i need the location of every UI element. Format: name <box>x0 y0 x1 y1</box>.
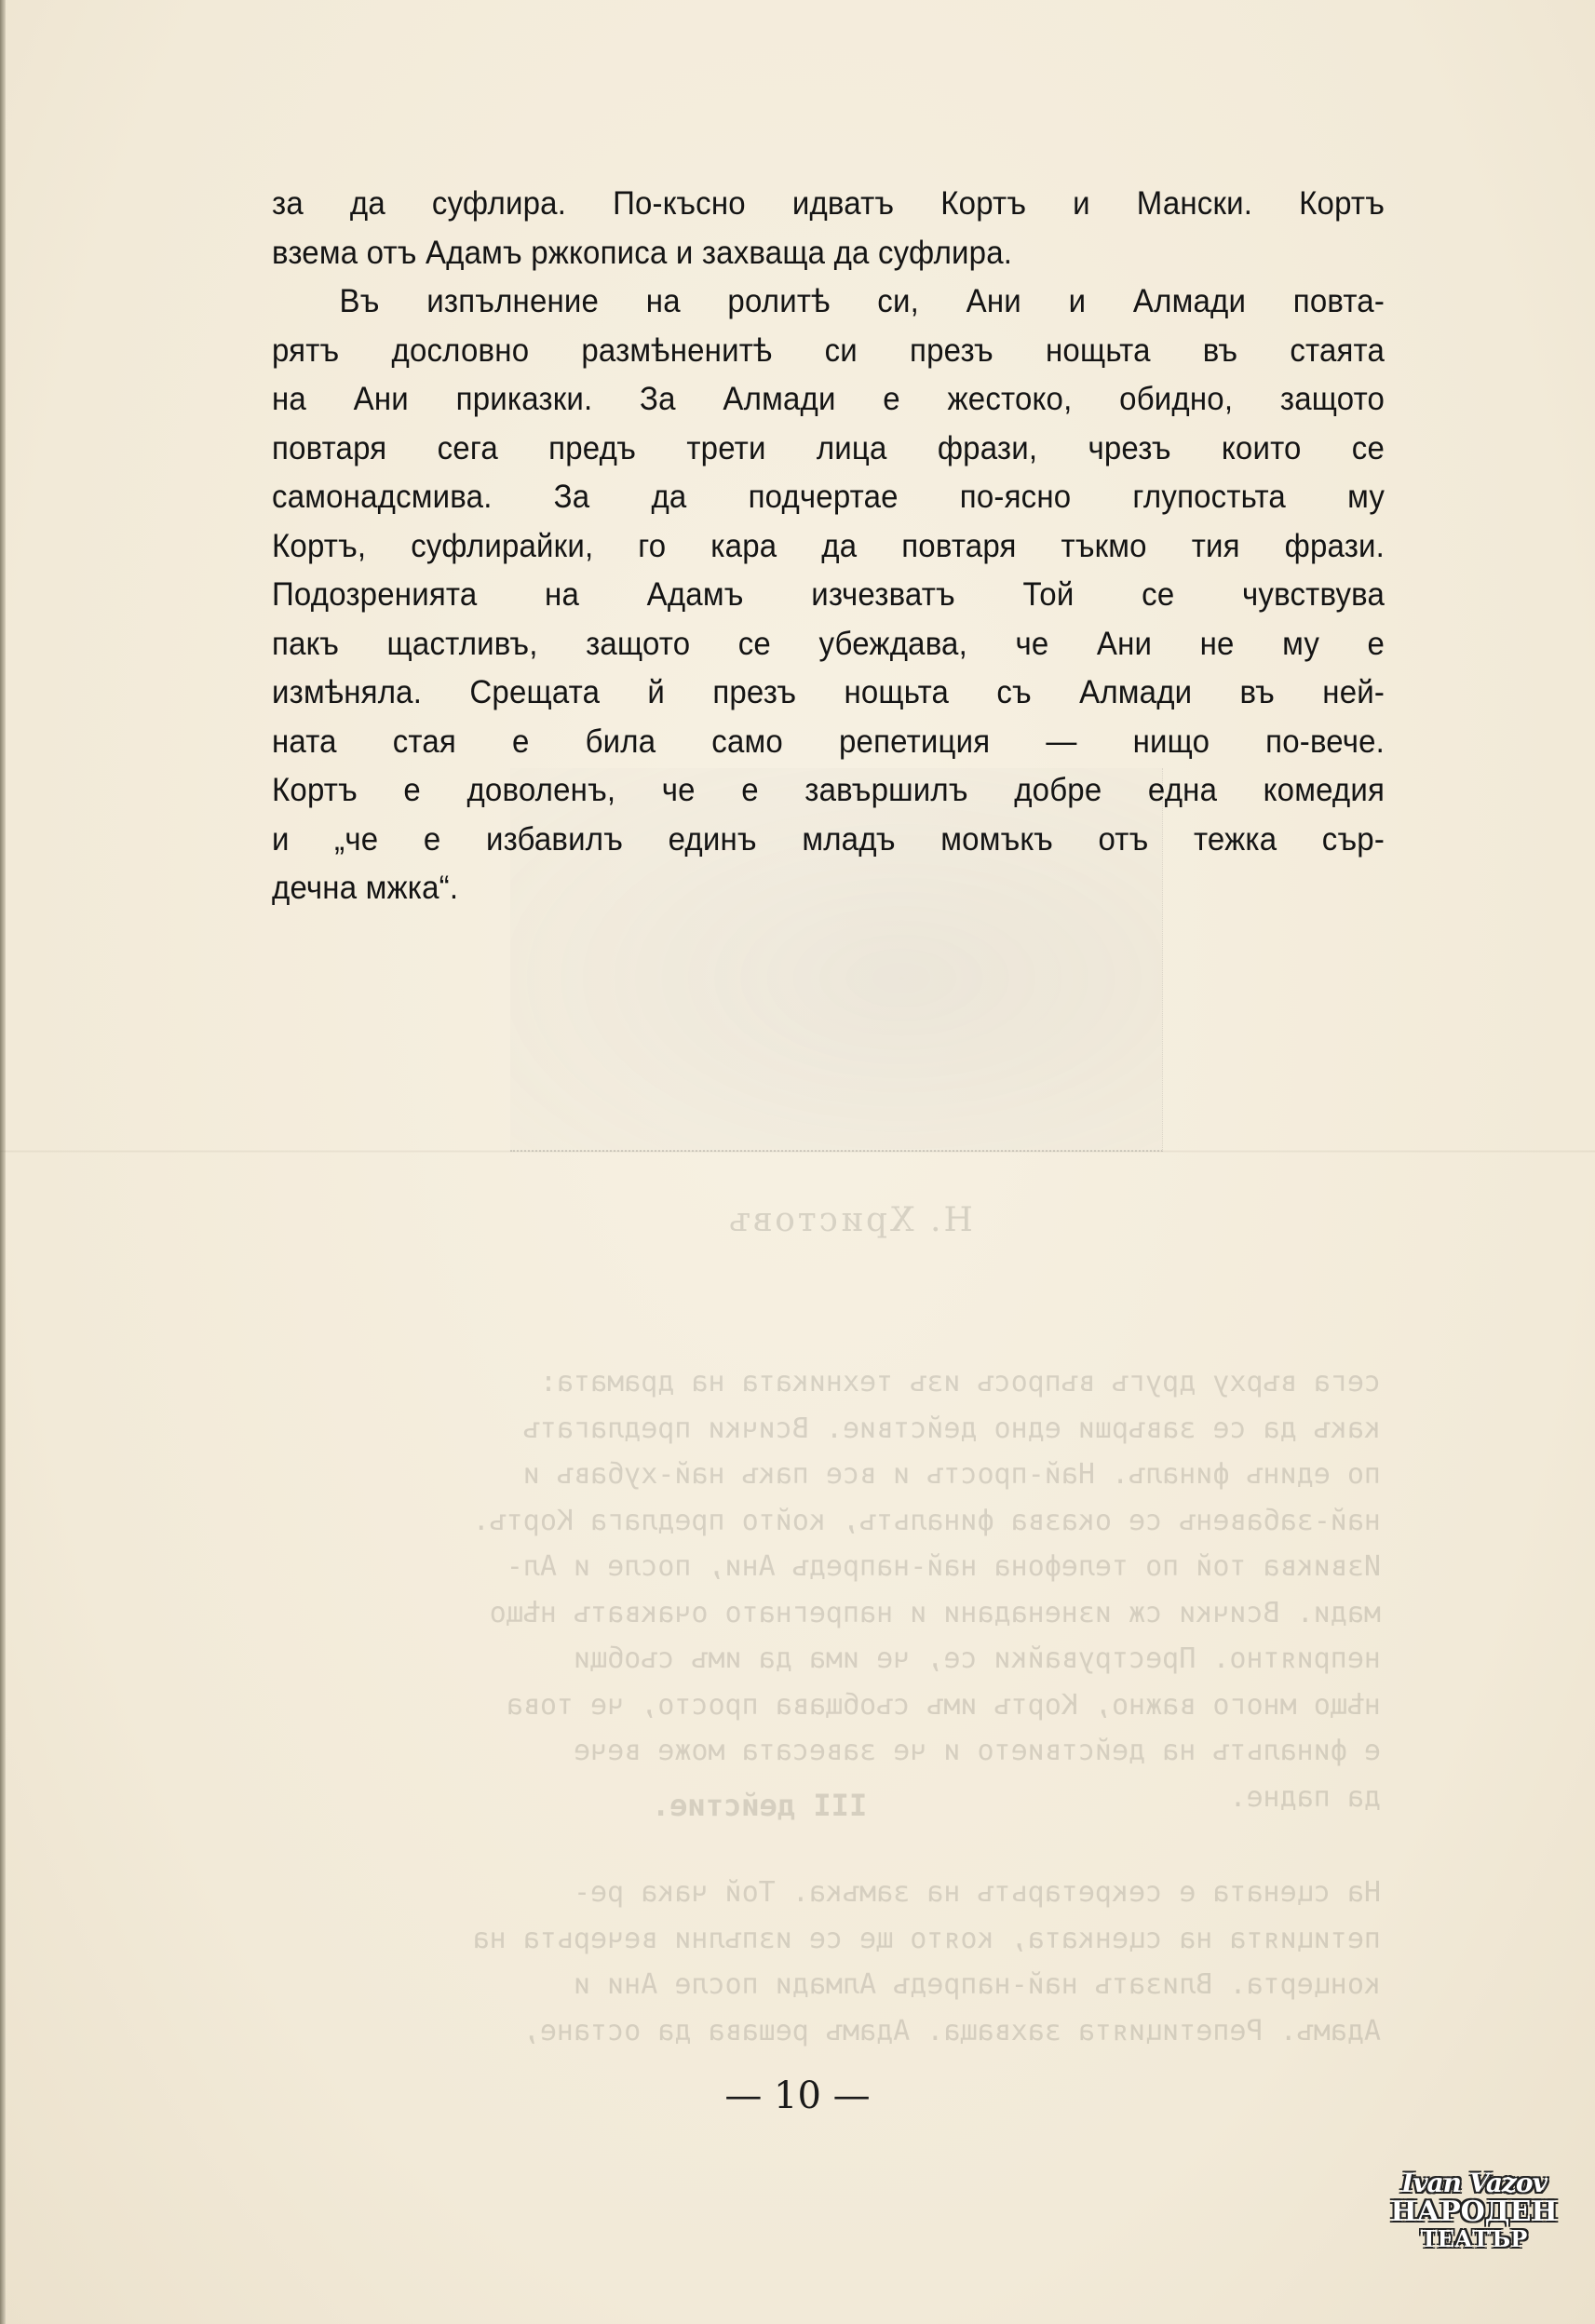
text-line: и „че е избавилъ единъ младъ момъкъ отъ … <box>272 815 1385 864</box>
text-line: взема отъ Адамъ ржкописа и захваща да су… <box>272 228 1385 277</box>
text-line: повтаря сега предъ трети лица фрази, чре… <box>272 424 1385 473</box>
show-through-caption: Н. Христовъ <box>726 1201 973 1239</box>
show-through-line: е финальтъ на действието и че завесата м… <box>277 1728 1381 1775</box>
text-line: Кортъ е доволенъ, че е завършилъ добре е… <box>272 765 1385 815</box>
show-through-line: Адамъ. Репетицията захваща. Адамъ решава… <box>277 2008 1381 2055</box>
show-through-heading: III дейстие. <box>652 1788 867 1823</box>
text-line: Кортъ, суфлирайки, го кара да повтаря тъ… <box>272 521 1385 571</box>
page-edge <box>0 0 6 2324</box>
show-through-line: мади. Всички сж изненадани и напрегнато … <box>277 1590 1381 1637</box>
show-through-line: какъ да се завърши едно действие. Всички… <box>277 1406 1381 1452</box>
text-line: рятъ дословно размѣненитѣ си презъ нощьт… <box>272 326 1385 375</box>
text-line: за да суфлира. По-късно идватъ Кортъ и М… <box>272 179 1385 228</box>
page-fold-crease <box>0 1150 1595 1153</box>
show-through-line: по единъ финалъ. Най-простъ и все пакъ н… <box>277 1452 1381 1498</box>
paragraph-2: Въ изпълнение на ролитѣ си, Ани и Алмади… <box>272 277 1306 912</box>
show-through-line: нѣщо много важно, Кортъ имъ съобщава про… <box>277 1682 1381 1729</box>
text-line: Въ изпълнение на ролитѣ си, Ани и Алмади… <box>272 277 1385 326</box>
text-line: Подозренията на Адамъ изчезватъ Той се ч… <box>272 570 1385 619</box>
national-theatre-logo: Ivan Vazov НАРОДЕН ТЕАТЪР <box>1387 2169 1561 2272</box>
logo-line-2: ТЕАТЪР <box>1387 2227 1561 2251</box>
text-line: измѣняла. Срещата й презъ нощьта съ Алма… <box>272 668 1385 717</box>
document-page: Н. Христовъ сега върху другъ въпросъ изъ… <box>0 0 1595 2324</box>
logo-line-1: НАРОДЕН <box>1387 2197 1561 2227</box>
page-number: — 10 — <box>0 2074 1595 2117</box>
text-line: на Ани приказки. За Алмади е жестоко, об… <box>272 374 1385 424</box>
logo-script: Ivan Vazov <box>1387 2169 1561 2197</box>
text-line: пакъ щастливъ, защото се убеждава, че Ан… <box>272 619 1385 669</box>
show-through-paragraph: сега върху другъ въпросъ изъ техниката н… <box>277 1359 1381 1820</box>
paragraph-1: за да суфлира. По-късно идватъ Кортъ и М… <box>272 179 1306 277</box>
show-through-line: да падне. <box>277 1775 1381 1821</box>
show-through-paragraph-2: На сцената е секретарьтъ на замъка. Той … <box>277 1870 1381 2054</box>
show-through-line: неприятно. Преструвайки се, че има да им… <box>277 1636 1381 1682</box>
text-line: ната стая е била само репетиция — нищо п… <box>272 717 1385 766</box>
text-line: самонадсмива. За да подчертае по-ясно гл… <box>272 472 1385 521</box>
show-through-line: На сцената е секретарьтъ на замъка. Той … <box>277 1870 1381 1916</box>
show-through-line: концерта. Влизатъ най-напредъ Алмади пос… <box>277 1962 1381 2008</box>
show-through-line: най-забавенъ се оказва финальтъ, който п… <box>277 1498 1381 1545</box>
show-through-line: петицията на сценката, която ще се изпъл… <box>277 1916 1381 1963</box>
text-line: дечна мжка“. <box>272 863 1385 912</box>
show-through-line: сега върху другъ въпросъ изъ техниката н… <box>277 1359 1381 1406</box>
show-through-line: Извиква той по телефона най-напредъ Ани,… <box>277 1544 1381 1590</box>
body-text: за да суфлира. По-късно идватъ Кортъ и М… <box>272 179 1306 912</box>
